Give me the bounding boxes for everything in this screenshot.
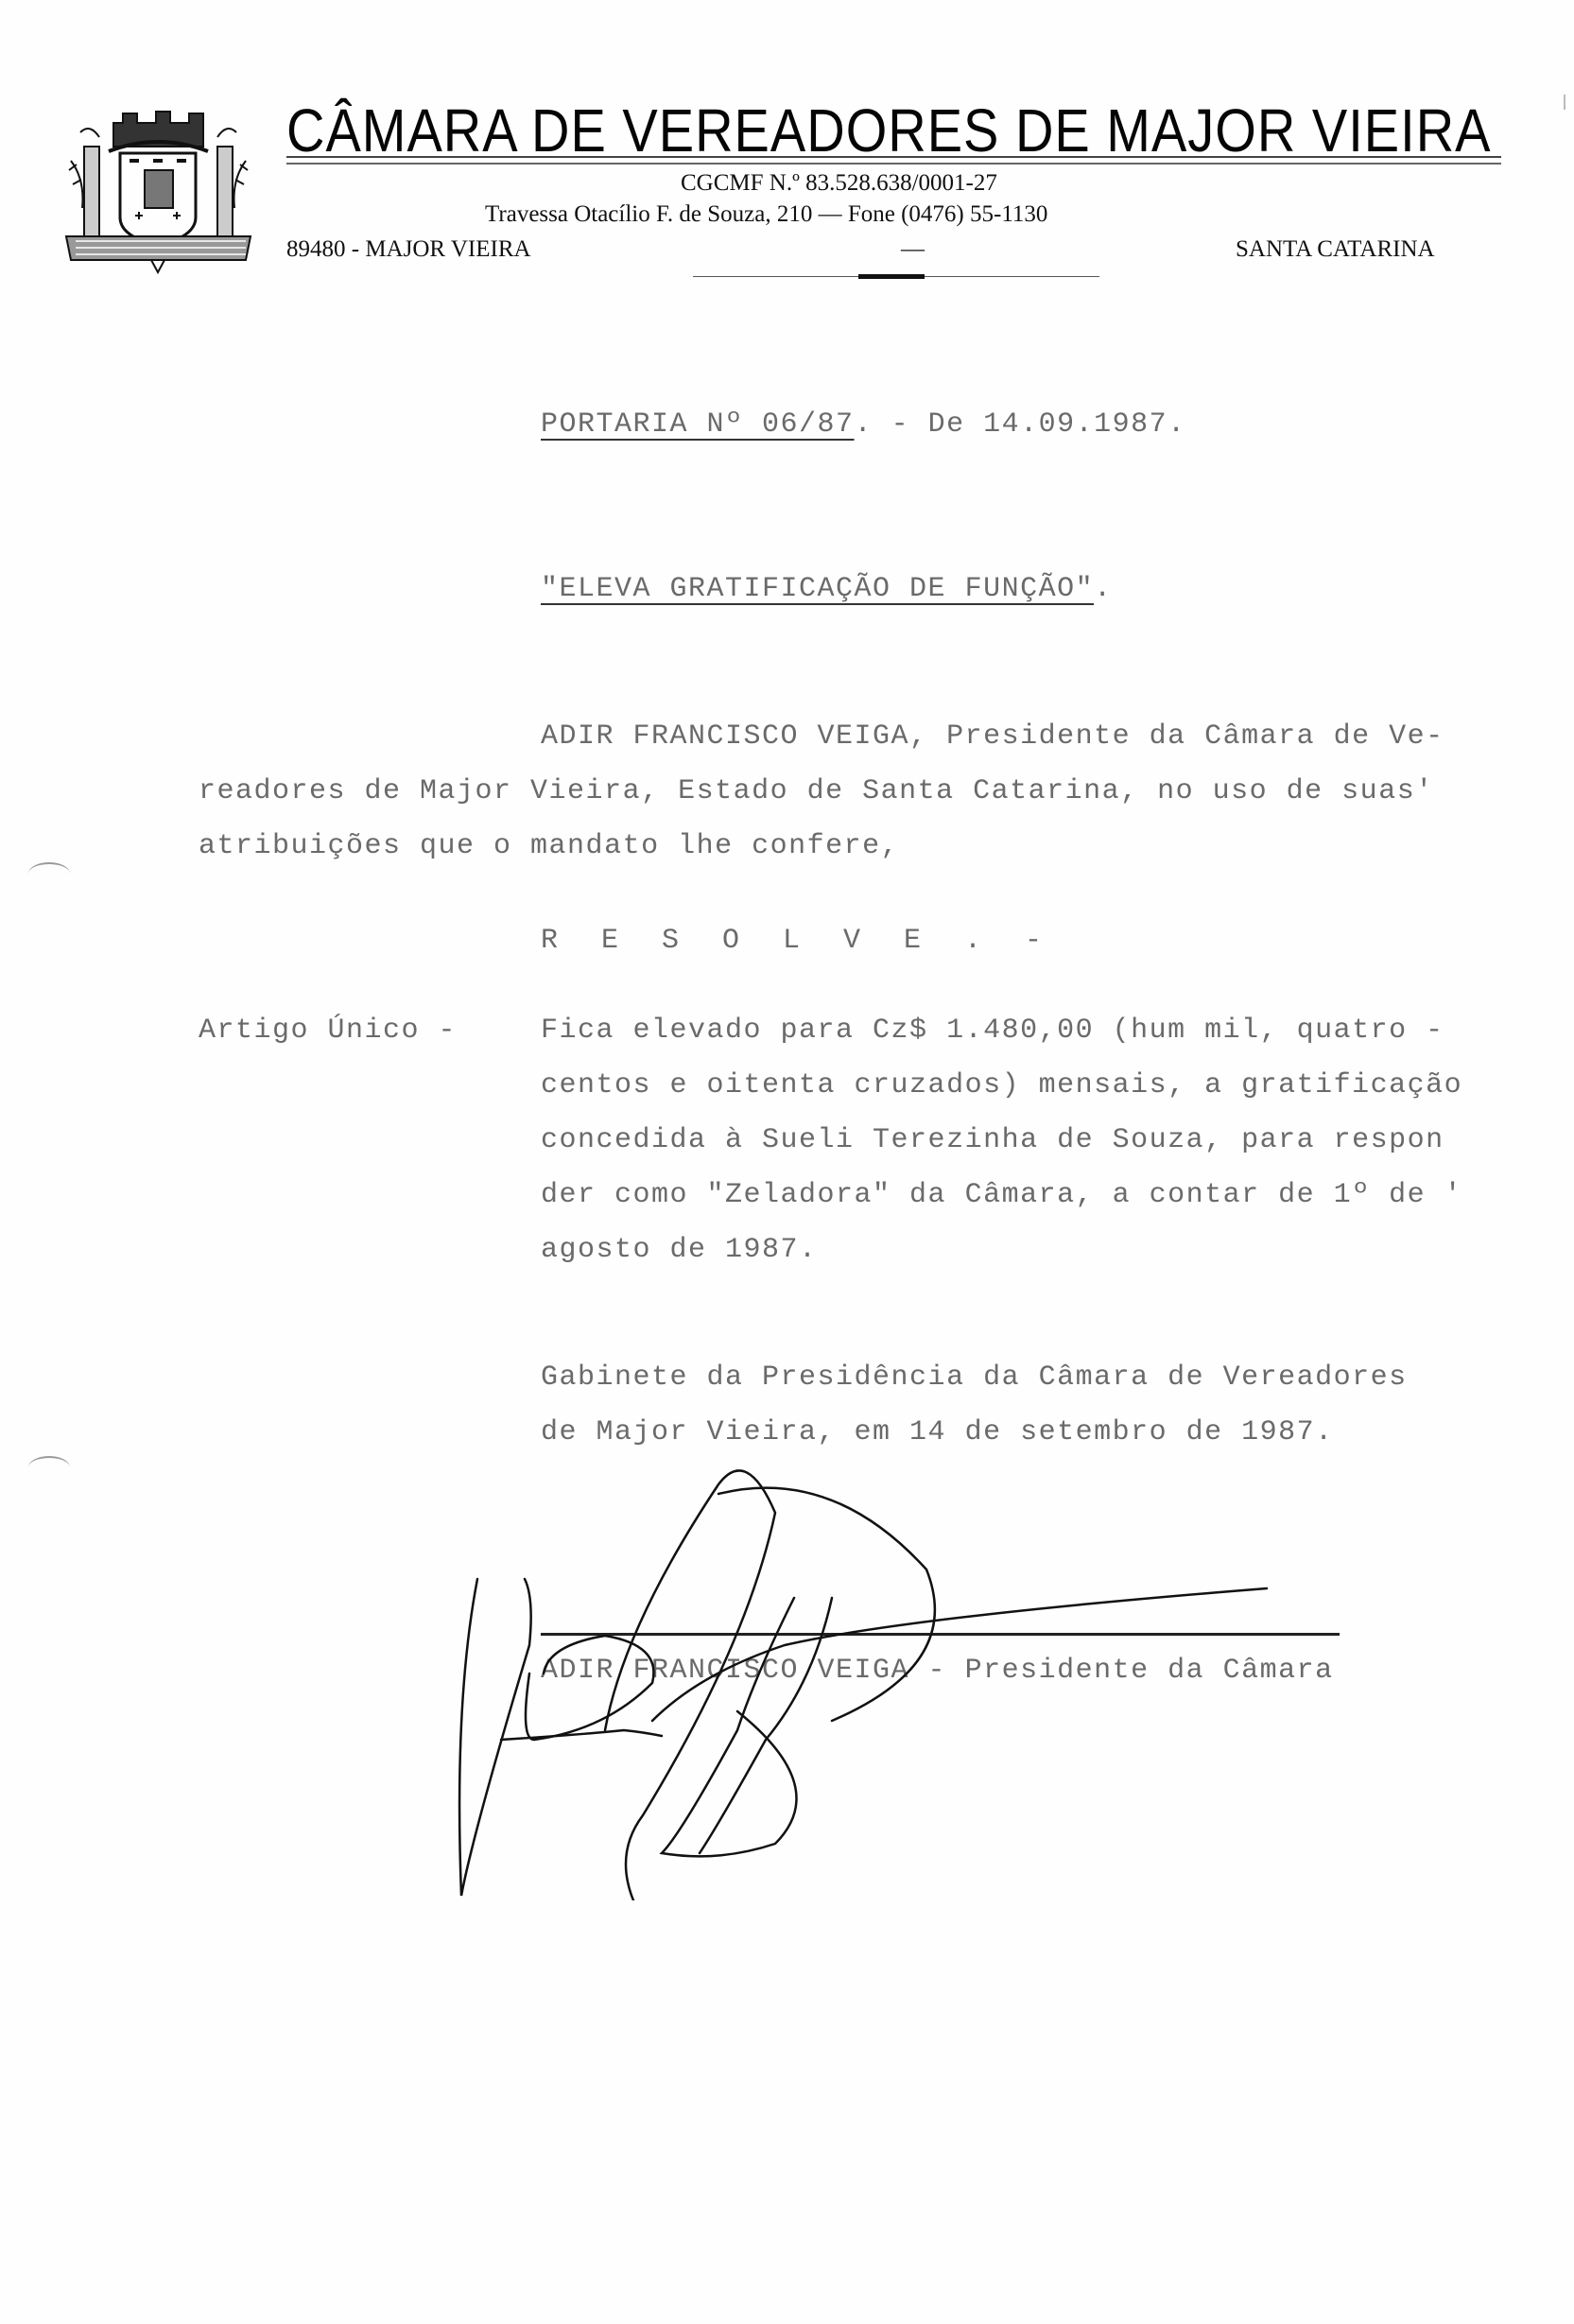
article-line: concedida à Sueli Terezinha de Souza, pa… — [541, 1124, 1444, 1156]
document-page: CÂMARA DE VEREADORES DE MAJOR VIEIRA CGC… — [0, 0, 1574, 2324]
header-rule — [286, 156, 1501, 158]
footer-rule-accent — [858, 274, 925, 279]
article-label: Artigo Único - — [199, 1015, 457, 1047]
subject-label: "ELEVA GRATIFICAÇÃO DE FUNÇÃO" — [541, 573, 1094, 605]
portaria-date: . - De 14.09.1987. — [855, 408, 1186, 441]
coat-of-arms-icon — [61, 95, 255, 274]
portaria-heading: PORTARIA Nº 06/87. - De 14.09.1987. — [541, 408, 1186, 441]
closing-line: Gabinete da Presidência da Câmara de Ver… — [541, 1361, 1408, 1394]
subject-suffix: . — [1094, 573, 1113, 605]
portaria-number: PORTARIA Nº 06/87 — [541, 408, 855, 441]
article-line: Fica elevado para Cz$ 1.480,00 (hum mil,… — [541, 1015, 1444, 1047]
scan-edge-mark — [1564, 95, 1565, 110]
article-line: centos e oitenta cruzados) mensais, a gr… — [541, 1069, 1462, 1101]
punch-hole-mark — [28, 1456, 70, 1479]
portaria-subject: "ELEVA GRATIFICAÇÃO DE FUNÇÃO". — [541, 573, 1113, 605]
signature-icon — [435, 1456, 1380, 1900]
cgcmf-number: CGCMF N.º 83.528.638/0001-27 — [681, 170, 997, 197]
institution-title: CÂMARA DE VEREADORES DE MAJOR VIEIRA — [286, 95, 1506, 165]
article-line: der como "Zeladora" da Câmara, a contar … — [541, 1179, 1462, 1211]
city-line: 89480 - MAJOR VIEIRA — [286, 236, 531, 263]
address-line: Travessa Otacílio F. de Souza, 210 — Fon… — [485, 201, 1047, 228]
preamble-line: atribuições que o mandato lhe confere, — [199, 830, 899, 862]
preamble-line: readores de Major Vieira, Estado de Sant… — [199, 775, 1434, 807]
header-rule — [286, 163, 1501, 165]
article-line: agosto de 1987. — [541, 1234, 818, 1266]
preamble-line: ADIR FRANCISCO VEIGA, Presidente da Câma… — [541, 720, 1444, 753]
resolve-heading: R E S O L V E . - — [541, 925, 1055, 957]
state-line: SANTA CATARINA — [1236, 236, 1435, 263]
closing-line: de Major Vieira, em 14 de setembro de 19… — [541, 1416, 1334, 1448]
punch-hole-mark — [28, 862, 70, 885]
city-state-separator: — — [901, 236, 925, 263]
